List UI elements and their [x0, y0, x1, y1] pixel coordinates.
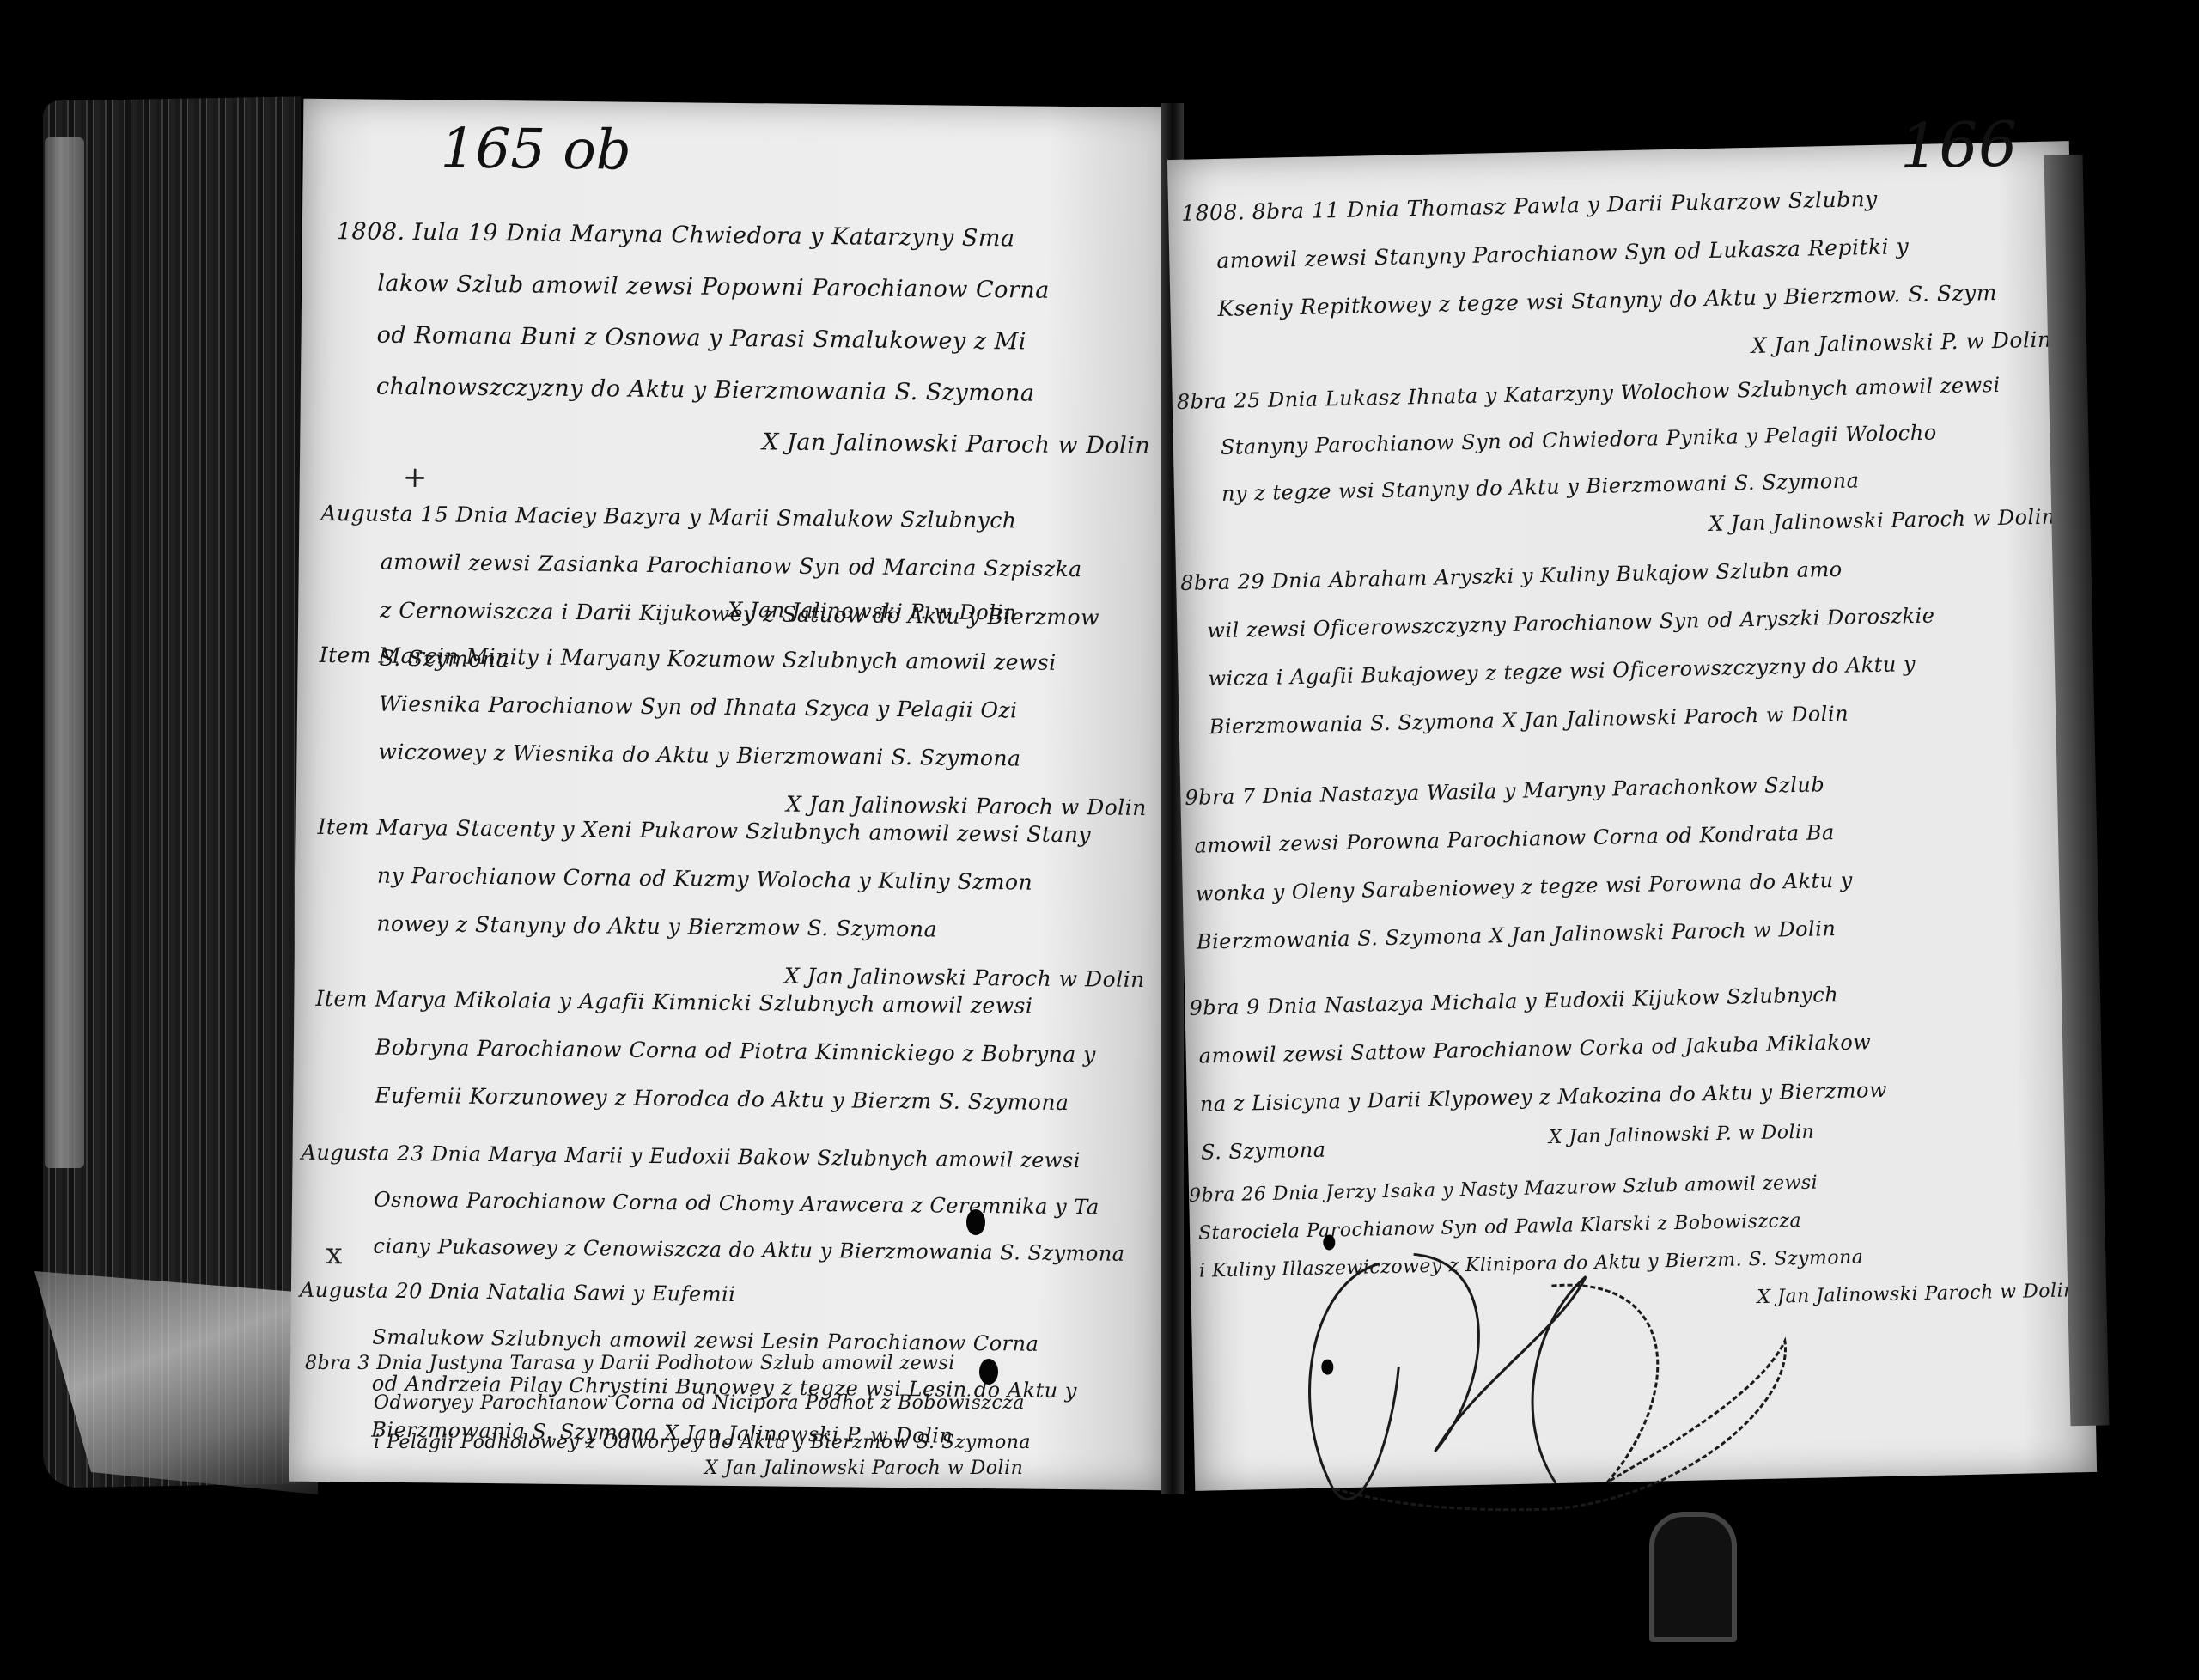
page-clip: [1649, 1512, 1737, 1642]
priest-signature: X Jan Jalinowski Paroch w Dolin: [334, 412, 1160, 472]
entry-line: od Romana Buni z Osnowa y Parasi Smaluko…: [335, 309, 1160, 369]
register-entry: 9bra 7 Dnia Nastazya Wasila y Maryny Par…: [1185, 755, 2073, 966]
register-entry: 8bra 25 Dnia Lukasz Ihnata y Katarzyny W…: [1176, 360, 2064, 552]
folio-number-left: 165 ob: [440, 117, 631, 182]
entry-line: Odworyey Parochianow Corna od Nicipora P…: [305, 1384, 1164, 1423]
register-entry: 8bra 3 Dnia Justyna Tarasa y Darii Podho…: [305, 1344, 1164, 1463]
priest-signature: X Jan Jalinowski Paroch w Dolin: [704, 1452, 1023, 1486]
closing-flourish-icon: [1276, 1220, 1814, 1541]
scan-scene: 165 ob 1808. Iula 19 Dnia Maryna Chwiedo…: [0, 0, 2199, 1680]
entry-line: Wiesnika Parochianow Syn od Ihnata Szyca…: [319, 679, 1157, 736]
folio-number-right: 166: [1898, 107, 2018, 182]
entry-line: Item Marya Mikolaia y Agafii Kimnicki Sz…: [315, 975, 1154, 1032]
entry-line: ny Parochianow Corna od Kuzmy Wolocha y …: [317, 851, 1155, 908]
register-entry: 1808. Iula 19 Dnia Maryna Chwiedora y Ka…: [334, 206, 1161, 472]
punch-hole: [979, 1359, 998, 1385]
book-spine: [45, 137, 84, 1168]
register-entry: 1808. 8bra 11 Dnia Thomasz Pawla y Darii…: [1181, 171, 2061, 381]
entry-line: Item Marcin Minity i Maryany Kozumow Szl…: [319, 631, 1157, 688]
entry-line: Augusta 15 Dnia Maciey Bazyra y Marii Sm…: [320, 490, 1159, 546]
register-entry: 8bra 29 Dnia Abraham Aryszki y Kuliny Bu…: [1180, 540, 2068, 752]
punch-hole: [966, 1209, 985, 1235]
right-page: 166 1808. 8bra 11 Dnia Thomasz Pawla y D…: [1167, 141, 2097, 1491]
left-page: 165 ob 1808. Iula 19 Dnia Maryna Chwiedo…: [289, 99, 1180, 1491]
register-entry: Item Marya Mikolaia y Agafii Kimnicki Sz…: [314, 975, 1154, 1128]
priest-signature: X Jan Jalinowski P. w Dolin: [1548, 1116, 1814, 1155]
entry-line: Bobryna Parochianow Corna od Piotra Kimn…: [315, 1023, 1154, 1080]
entry-line: 8bra 3 Dnia Justyna Tarasa y Darii Podho…: [305, 1344, 1164, 1384]
register-entry: Augusta 23 Dnia Marya Marii y Eudoxii Ba…: [300, 1129, 1152, 1277]
priest-signature: X Jan Jalinowski P. w Dolin: [728, 584, 1017, 639]
entry-line: nowey z Stanyny do Aktu y Bierzmow S. Sz…: [316, 899, 1154, 956]
entry-line: Item Marya Stacenty y Xeni Pukarow Szlub…: [317, 803, 1155, 860]
entry-line: chalnowszczyzny do Aktu y Bierzmowania S…: [335, 361, 1160, 421]
entry-line: wiczowey z Wiesnika do Aktu y Bierzmowan…: [318, 727, 1156, 784]
register-entry: Item Marcin Minity i Maryany Kozumow Szl…: [318, 631, 1157, 832]
entry-line: Eufemii Korzunowey z Horodca do Aktu y B…: [314, 1071, 1153, 1128]
entry-line: 1808. Iula 19 Dnia Maryna Chwiedora y Ka…: [337, 206, 1162, 266]
register-entry: Item Marya Stacenty y Xeni Pukarow Szlub…: [316, 803, 1155, 1004]
entry-line: lakow Szlub amowil zewsi Popowni Parochi…: [336, 258, 1161, 318]
